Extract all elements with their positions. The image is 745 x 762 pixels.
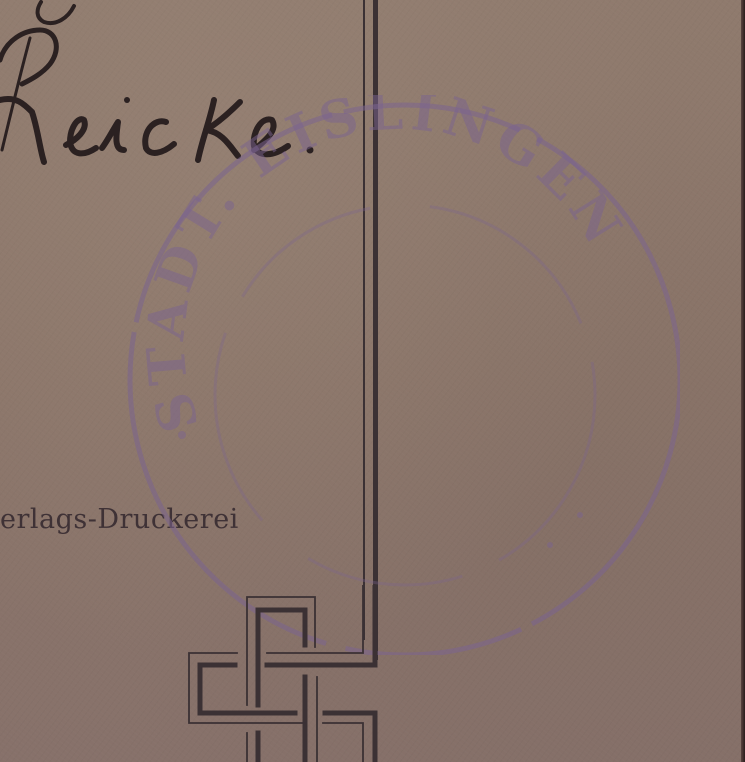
border-rule-thick bbox=[373, 0, 378, 660]
printer-imprint: erlags-Druckerei bbox=[0, 504, 239, 535]
paper-edge bbox=[741, 0, 745, 762]
border-rule-thin bbox=[363, 0, 365, 640]
knotwork-ornament bbox=[175, 585, 395, 762]
document-page: Reicke. Reicke. erlags-Druckerei STADT. … bbox=[0, 0, 745, 762]
